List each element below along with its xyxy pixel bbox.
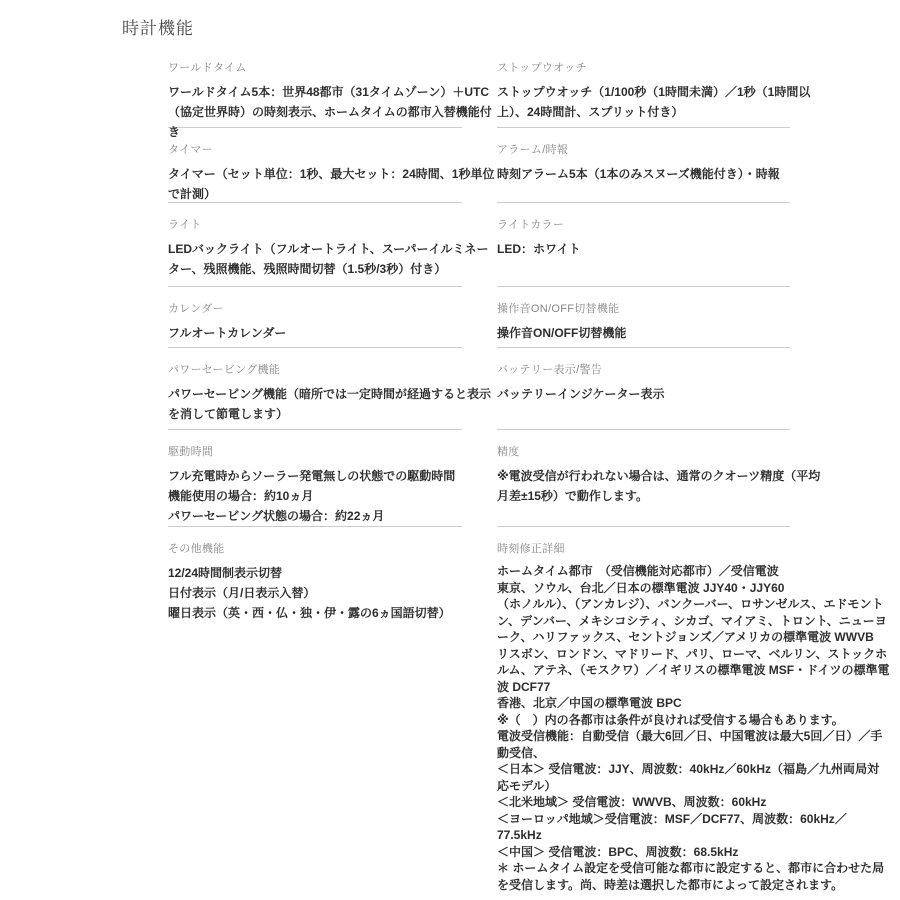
spec-cell-accuracy: 精度 ※電波受信が行われない場合は、通常のクオーツ精度（平均月差±15秒）で動作…	[497, 430, 790, 527]
spec-value-line: 曜日表示（英・西・仏・独・伊・露の6ヵ国語切替）	[168, 603, 498, 623]
spec-label: パワーセービング機能	[168, 363, 462, 378]
spec-label: ライト	[168, 218, 462, 233]
spec-value-line: ＜北米地域＞ 受信電波：WWVB、周波数：60kHz	[497, 794, 890, 811]
spec-label: 時刻修正詳細	[497, 542, 790, 557]
spec-label: ワールドタイム	[168, 61, 462, 76]
spec-label: 精度	[497, 445, 790, 460]
spec-value: 12/24時間制表示切替 日付表示（月/日表示入替） 曜日表示（英・西・仏・独・…	[168, 563, 498, 623]
spec-value-line: バッテリーインジケーター表示	[497, 384, 827, 404]
spec-label: タイマー	[168, 143, 462, 158]
spec-value-line: ※（ ）内の各都市は条件が良ければ受信する場合もあります。	[497, 712, 890, 729]
spec-cell-light: ライト LEDバックライト（フルオートライト、スーパーイルミネーター、残照機能、…	[168, 203, 462, 287]
spec-value-line: 香港、北京／中国の標準電波 BPC	[497, 695, 890, 712]
spec-value-line: 東京、ソウル、台北／日本の標準電波 JJY40・JJY60	[497, 580, 890, 597]
spec-value-line: 操作音ON/OFF切替機能	[497, 323, 827, 343]
spec-page: 時計機能 ワールドタイム ワールドタイム5本：世界48都市（31タイムゾーン）＋…	[0, 0, 900, 900]
spec-label: ライトカラー	[497, 218, 790, 233]
spec-value-line: ＜ヨーロッパ地域＞受信電波：MSF／DCF77、周波数：60kHz／77.5kH…	[497, 811, 890, 844]
spec-cell-other-functions: その他機能 12/24時間制表示切替 日付表示（月/日表示入替） 曜日表示（英・…	[168, 527, 462, 893]
spec-value: フル充電時からソーラー発電無しの状態での駆動時間 機能使用の場合：約10ヵ月 パ…	[168, 466, 498, 526]
spec-value-line: ＜日本＞ 受信電波：JJY、周波数：40kHz／60kHz（福島／九州両局対応モ…	[497, 761, 890, 794]
spec-value-line: パワーセービング状態の場合：約22ヵ月	[168, 506, 498, 526]
spec-value: 時刻アラーム5本（1本のみスヌーズ機能付き）・時報	[497, 164, 827, 184]
page-title: 時計機能	[122, 17, 194, 41]
spec-value-line: ＊ ホームタイム設定を受信可能な都市に設定すると、都市に合わせた局を受信します。…	[497, 860, 890, 893]
spec-value: バッテリーインジケーター表示	[497, 384, 827, 404]
spec-cell-stopwatch: ストップウオッチ ストップウオッチ（1/100秒（1時間未満）／1秒（1時間以上…	[497, 55, 790, 128]
spec-value-line: ストップウオッチ（1/100秒（1時間未満）／1秒（1時間以上）、24時間計、ス…	[497, 82, 827, 122]
spec-value: タイマー（セット単位：1秒、最大セット：24時間、1秒単位で計測）	[168, 164, 498, 204]
spec-value-line: ※電波受信が行われない場合は、通常のクオーツ精度（平均月差±15秒）で動作します…	[497, 466, 827, 506]
spec-value: ストップウオッチ（1/100秒（1時間未満）／1秒（1時間以上）、24時間計、ス…	[497, 82, 827, 122]
spec-label: アラーム/時報	[497, 143, 790, 158]
spec-cell-time-calibration-details: 時刻修正詳細 ホームタイム都市 （受信機能対応都市）／受信電波 東京、ソウル、台…	[497, 527, 790, 893]
spec-cell-lightcolor: ライトカラー LED：ホワイト	[497, 203, 790, 287]
spec-value-line: パワーセービング機能（暗所では一定時間が経過すると表示を消して節電します）	[168, 384, 498, 424]
spec-cell-worldtime: ワールドタイム ワールドタイム5本：世界48都市（31タイムゾーン）＋UTC（協…	[168, 55, 462, 128]
spec-value-line: 電波受信機能：自動受信（最大6回／日、中国電波は最大5回／日）／手動受信、	[497, 728, 890, 761]
spec-value: LEDバックライト（フルオートライト、スーパーイルミネーター、残照機能、残照時間…	[168, 239, 498, 279]
spec-value-line: 時刻アラーム5本（1本のみスヌーズ機能付き）・時報	[497, 164, 827, 184]
spec-value-line: 機能使用の場合：約10ヵ月	[168, 486, 498, 506]
spec-label: カレンダー	[168, 302, 462, 317]
spec-value-line: LED：ホワイト	[497, 239, 827, 259]
spec-label: その他機能	[168, 542, 462, 557]
spec-value: ※電波受信が行われない場合は、通常のクオーツ精度（平均月差±15秒）で動作します…	[497, 466, 827, 506]
spec-label: ストップウオッチ	[497, 61, 790, 76]
spec-cell-runtime: 駆動時間 フル充電時からソーラー発電無しの状態での駆動時間 機能使用の場合：約1…	[168, 430, 462, 527]
spec-value-line: タイマー（セット単位：1秒、最大セット：24時間、1秒単位で計測）	[168, 164, 498, 204]
spec-value-line: リスボン、ロンドン、マドリード、パリ、ローマ、ベルリン、ストックホルム、アテネ、…	[497, 646, 890, 696]
spec-value-line: ホームタイム都市 （受信機能対応都市）／受信電波	[497, 563, 890, 580]
spec-value: パワーセービング機能（暗所では一定時間が経過すると表示を消して節電します）	[168, 384, 498, 424]
spec-cell-beep-toggle: 操作音ON/OFF切替機能 操作音ON/OFF切替機能	[497, 287, 790, 348]
spec-value-line: フルオートカレンダー	[168, 323, 498, 343]
spec-cell-powersaving: パワーセービング機能 パワーセービング機能（暗所では一定時間が経過すると表示を消…	[168, 348, 462, 430]
spec-value: LED：ホワイト	[497, 239, 827, 259]
spec-value-line: LEDバックライト（フルオートライト、スーパーイルミネーター、残照機能、残照時間…	[168, 239, 498, 279]
spec-value-line: 12/24時間制表示切替	[168, 563, 498, 583]
spec-value-line: 日付表示（月/日表示入替）	[168, 583, 498, 603]
spec-value-line: フル充電時からソーラー発電無しの状態での駆動時間	[168, 466, 498, 486]
spec-label: バッテリー表示/警告	[497, 363, 790, 378]
spec-table: ワールドタイム ワールドタイム5本：世界48都市（31タイムゾーン）＋UTC（協…	[168, 55, 790, 893]
spec-value-line: （ホノルル）、（アンカレジ）、バンクーバー、ロサンゼルス、エドモントン、デンバー…	[497, 596, 890, 646]
spec-cell-timer: タイマー タイマー（セット単位：1秒、最大セット：24時間、1秒単位で計測）	[168, 128, 462, 203]
spec-value: ホームタイム都市 （受信機能対応都市）／受信電波 東京、ソウル、台北／日本の標準…	[497, 563, 890, 893]
spec-label: 駆動時間	[168, 445, 462, 460]
spec-cell-alarm: アラーム/時報 時刻アラーム5本（1本のみスヌーズ機能付き）・時報	[497, 128, 790, 203]
spec-cell-calendar: カレンダー フルオートカレンダー	[168, 287, 462, 348]
spec-value: フルオートカレンダー	[168, 323, 498, 343]
spec-value-line: ＜中国＞ 受信電波：BPC、周波数：68.5kHz	[497, 844, 890, 861]
spec-cell-battery-indicator: バッテリー表示/警告 バッテリーインジケーター表示	[497, 348, 790, 430]
spec-value: 操作音ON/OFF切替機能	[497, 323, 827, 343]
spec-label: 操作音ON/OFF切替機能	[497, 302, 790, 317]
